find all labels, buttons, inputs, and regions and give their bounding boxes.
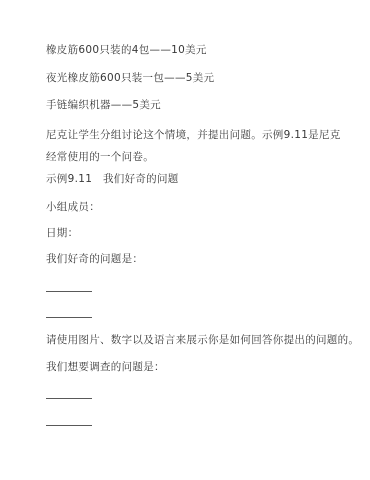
answer-blank-line-2 <box>46 317 92 318</box>
investigate-question-label: 我们想要调查的问题是： <box>46 360 165 374</box>
date-label: 日期： <box>46 226 78 240</box>
curious-question-label: 我们好奇的问题是： <box>46 252 143 266</box>
answer-blank-line-1 <box>46 291 92 292</box>
document-page: 橡皮筋600只装的4包——10美元 夜光橡皮筋600只装一包——5美元 手链编织… <box>0 0 370 480</box>
answer-blank-line-3 <box>46 398 92 399</box>
price-line-glow-rubber-bands: 夜光橡皮筋600只装一包——5美元 <box>46 71 214 85</box>
intro-paragraph: 尼克让学生分组讨论这个情境，并提出问题。示例9.11是尼克经常使用的一个问卷。 <box>46 124 348 168</box>
instruction-text: 请使用图片、数字以及语言来展示你是如何回答你提出的问题的。 <box>46 333 359 347</box>
group-members-label: 小组成员： <box>46 200 100 214</box>
price-line-rubber-bands: 橡皮筋600只装的4包——10美元 <box>46 43 207 57</box>
answer-blank-line-4 <box>46 425 92 426</box>
example-title: 示例9.11 我们好奇的问题 <box>46 172 179 186</box>
price-line-bracelet-loom: 手链编织机器——5美元 <box>46 98 161 112</box>
